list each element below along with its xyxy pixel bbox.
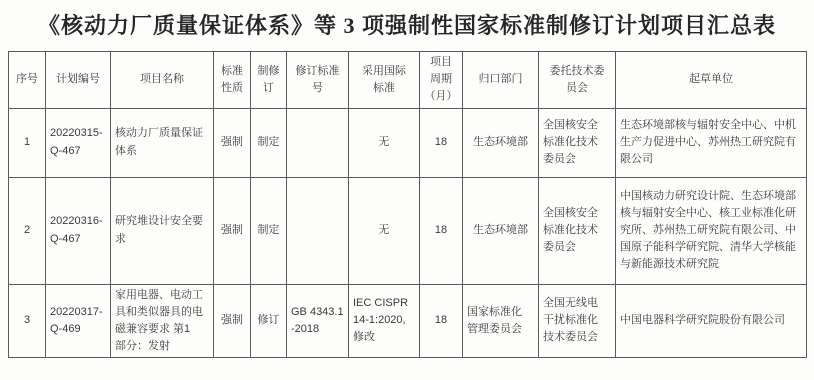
header-drafting-units: 起草单位 — [616, 52, 807, 108]
cell-plan-no: 20220315- Q-467 — [46, 108, 111, 177]
cell-revise-type: 制定 — [251, 108, 287, 177]
header-seq: 序号 — [9, 52, 46, 108]
cell-revise-type: 制定 — [251, 177, 287, 284]
cell-period-months: 18 — [420, 108, 463, 177]
cell-intl-std: 无 — [349, 108, 420, 177]
header-period-months: 项目 周期 （月） — [420, 52, 463, 108]
cell-project-name: 核动力厂质量保证 体系 — [111, 108, 214, 177]
cell-std-nature: 强制 — [214, 284, 251, 357]
cell-dept: 国家标准化 管理委员会 — [463, 284, 539, 357]
cell-committee: 全国核安全 标准化技术 委员会 — [539, 177, 616, 284]
header-dept: 归口部门 — [463, 52, 539, 108]
cell-drafting-units: 中国电器科学研究院股份有限公司 — [616, 284, 807, 357]
cell-period-months: 18 — [420, 284, 463, 357]
header-committee: 委托技术委 员会 — [539, 52, 616, 108]
cell-committee: 全国无线电 干扰标准化 技术委员会 — [539, 284, 616, 357]
standards-plan-summary-table: 序号 计划编号 项目名称 标准 性质 制修 订 修订标准 号 采用国际 标准 项… — [8, 51, 807, 357]
header-revise-type: 制修 订 — [251, 52, 287, 108]
cell-revised-std-no — [287, 108, 349, 177]
header-project-name: 项目名称 — [111, 52, 214, 108]
cell-intl-std: 无 — [349, 177, 420, 284]
document-title: 《核动力厂质量保证体系》等 3 项强制性国家标准制修订计划项目汇总表 — [0, 0, 814, 39]
table-row: 3 20220317- Q-469 家用电器、电动工 具和类似器具的电 磁兼容要… — [9, 284, 807, 357]
cell-committee: 全国核安全 标准化技术 委员会 — [539, 108, 616, 177]
cell-seq: 1 — [9, 108, 46, 177]
table-row: 1 20220315- Q-467 核动力厂质量保证 体系 强制 制定 无 18… — [9, 108, 807, 177]
cell-dept: 生态环境部 — [463, 177, 539, 284]
cell-revise-type: 修订 — [251, 284, 287, 357]
cell-drafting-units: 中国核动力研究设计院、生态环境部核与辐射安全中心、核工业标准化研究所、苏州热工研… — [616, 177, 807, 284]
cell-seq: 2 — [9, 177, 46, 284]
cell-period-months: 18 — [420, 177, 463, 284]
cell-project-name: 家用电器、电动工 具和类似器具的电 磁兼容要求 第1 部分：发射 — [111, 284, 214, 357]
cell-plan-no: 20220317- Q-469 — [46, 284, 111, 357]
header-std-nature: 标准 性质 — [214, 52, 251, 108]
table-row: 2 20220316- Q-467 研究堆设计安全要 求 强制 制定 无 18 … — [9, 177, 807, 284]
table-header-row: 序号 计划编号 项目名称 标准 性质 制修 订 修订标准 号 采用国际 标准 项… — [9, 52, 807, 108]
header-revised-std-no: 修订标准 号 — [287, 52, 349, 108]
cell-std-nature: 强制 — [214, 108, 251, 177]
cell-dept: 生态环境部 — [463, 108, 539, 177]
cell-revised-std-no: GB 4343.1 -2018 — [287, 284, 349, 357]
header-plan-no: 计划编号 — [46, 52, 111, 108]
cell-seq: 3 — [9, 284, 46, 357]
cell-plan-no: 20220316- Q-467 — [46, 177, 111, 284]
cell-std-nature: 强制 — [214, 177, 251, 284]
cell-intl-std: IEC CISPR 14-1:2020, 修改 — [349, 284, 420, 357]
cell-project-name: 研究堆设计安全要 求 — [111, 177, 214, 284]
scanned-document-page: 《核动力厂质量保证体系》等 3 项强制性国家标准制修订计划项目汇总表 序号 计划… — [0, 0, 814, 380]
header-intl-std: 采用国际 标准 — [349, 52, 420, 108]
cell-revised-std-no — [287, 177, 349, 284]
cell-drafting-units: 生态环境部核与辐射安全中心、中机生产力促进中心、苏州热工研究院有限公司 — [616, 108, 807, 177]
